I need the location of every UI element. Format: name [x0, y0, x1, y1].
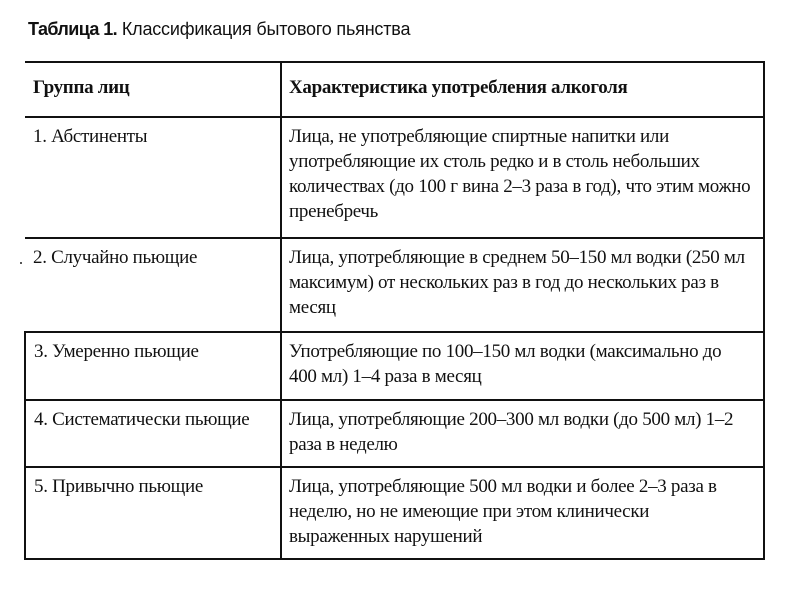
row-description-cell: Употребляющие по 100–150 мл водки (макси… — [281, 332, 764, 400]
row-group-cell: 5. Привычно пьющие — [25, 467, 281, 559]
table-header-row: Группа лиц Характеристика употребления а… — [25, 62, 764, 117]
classification-table: Группа лиц Характеристика употребления а… — [24, 61, 765, 560]
table-caption-label: Таблица 1. — [28, 19, 117, 39]
row-description-cell: Лица, употребляющие 200–300 мл водки (до… — [281, 400, 764, 467]
row-group-cell: 4. Систематически пьющие — [25, 400, 281, 467]
row-group-cell: 3. Умеренно пьющие — [25, 332, 281, 400]
table-row: 5. Привычно пьющие Лица, употребляющие 5… — [25, 467, 764, 559]
table-row: 4. Систематически пьющие Лица, употребля… — [25, 400, 764, 467]
row-description-cell: Лица, употребляющие 500 мл водки и более… — [281, 467, 764, 559]
row-description-cell: Лица, употребляющие в среднем 50–150 мл … — [281, 238, 764, 332]
row-group-cell: 1. Абстиненты — [25, 117, 281, 238]
scan-artifact-dot — [20, 262, 22, 264]
header-group: Группа лиц — [25, 62, 281, 117]
table-caption-title: Классификация бытового пьянства — [122, 19, 410, 39]
header-description: Характеристика употребления алкоголя — [281, 62, 764, 117]
table-row: 2. Случайно пьющие Лица, употребляющие в… — [25, 238, 764, 332]
row-description-cell: Лица, не употребляющие спиртные напитки … — [281, 117, 764, 238]
table-row: 1. Абстиненты Лица, не употребляющие спи… — [25, 117, 764, 238]
table-row: 3. Умеренно пьющие Употребляющие по 100–… — [25, 332, 764, 400]
table-caption: Таблица 1. Классификация бытового пьянст… — [28, 17, 410, 41]
row-group-cell: 2. Случайно пьющие — [25, 238, 281, 332]
